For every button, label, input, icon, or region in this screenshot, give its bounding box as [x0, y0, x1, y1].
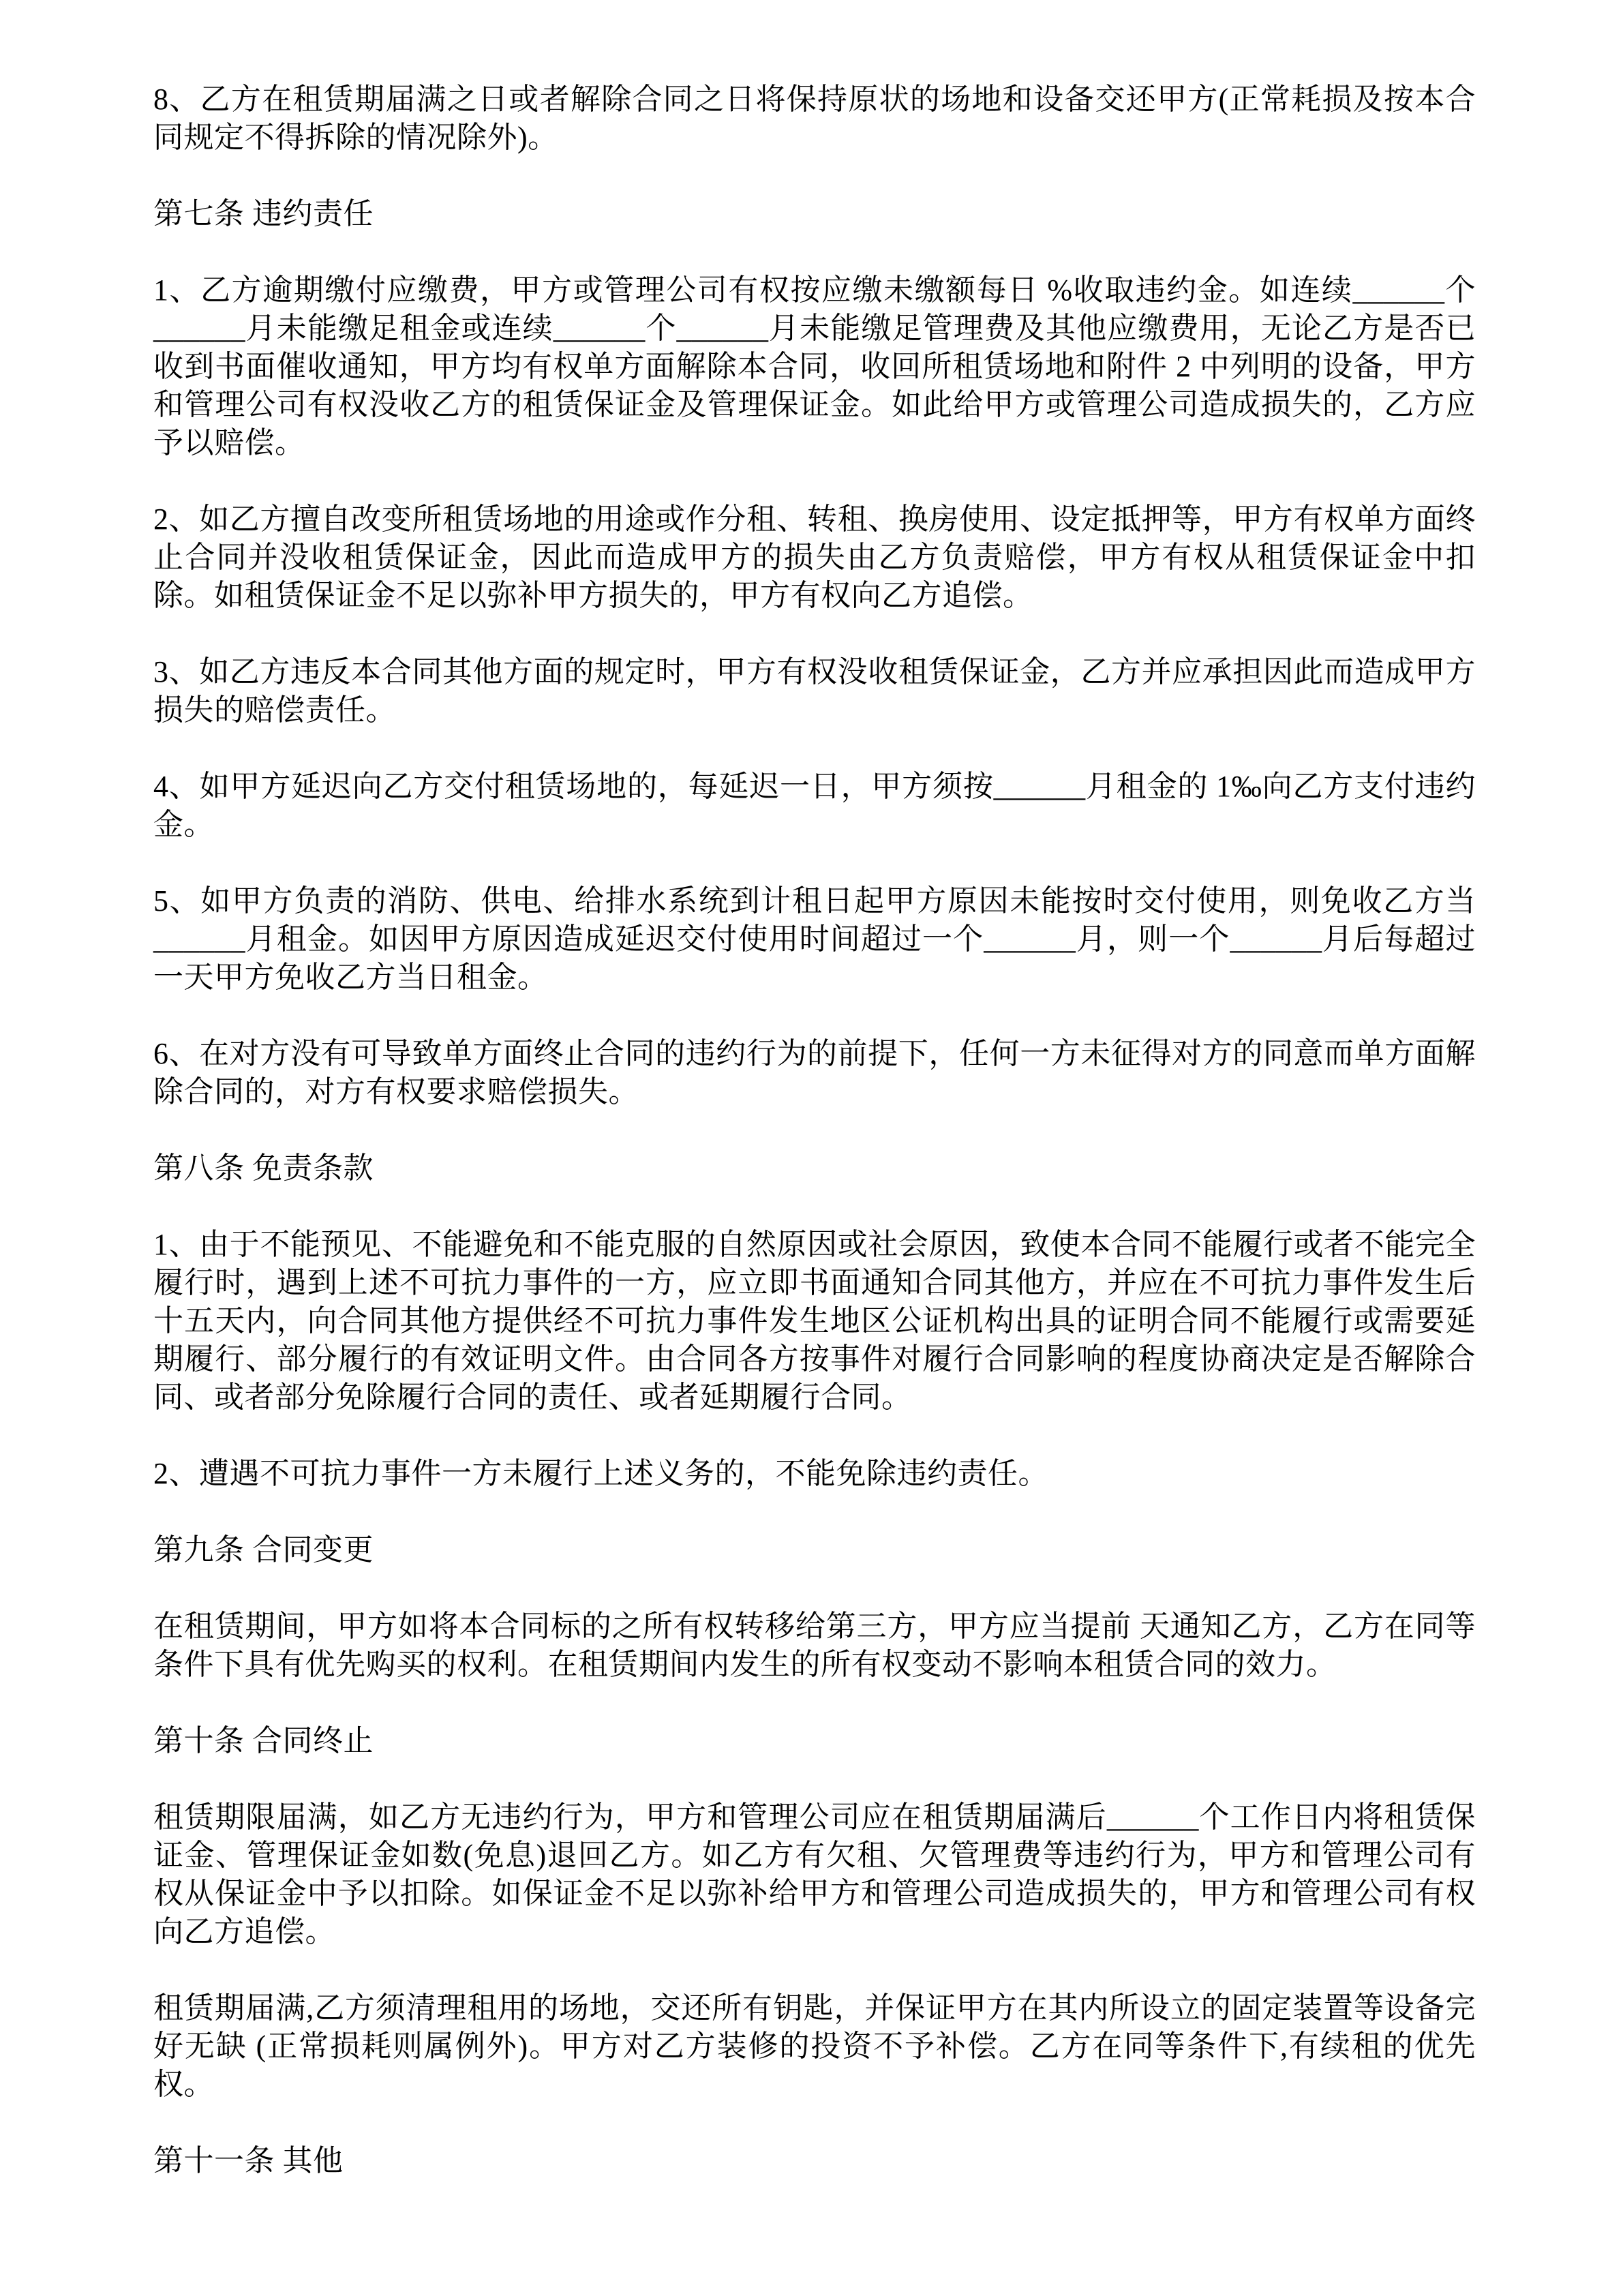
- clause-8-1-force-majeure: 1、由于不能预见、不能避免和不能克服的自然原因或社会原因，致使本合同不能履行或者…: [153, 1226, 1476, 1417]
- clause-7-3-other-violations: 3、如乙方违反本合同其他方面的规定时，甲方有权没收租赁保证金，乙方并应承担因此而…: [153, 653, 1476, 729]
- clause-7-1-late-payment: 1、乙方逾期缴付应缴费，甲方或管理公司有权按应缴未缴额每日 %收取违约金。如连续…: [153, 271, 1476, 462]
- article-10-site-cleanup: 租赁期届满,乙方须清理租用的场地，交还所有钥匙，并保证甲方在其内所设立的固定装置…: [153, 1989, 1476, 2104]
- contract-body: 8、乙方在租赁期届满之日或者解除合同之日将保持原状的场地和设备交还甲方(正常耗损…: [153, 80, 1476, 2218]
- clause-6-8-return-premises: 8、乙方在租赁期届满之日或者解除合同之日将保持原状的场地和设备交还甲方(正常耗损…: [153, 80, 1476, 157]
- heading-article-8-exemption: 第八条 免责条款: [153, 1149, 1476, 1188]
- clause-7-5-utilities-delay: 5、如甲方负责的消防、供电、给排水系统到计租日起甲方原因未能按时交付使用，则免收…: [153, 882, 1476, 997]
- article-9-ownership-transfer: 在租赁期间，甲方如将本合同标的之所有权转移给第三方，甲方应当提前 天通知乙方，乙…: [153, 1607, 1476, 1684]
- heading-article-11-misc: 第十一条 其他: [153, 2142, 1476, 2180]
- clause-7-6-unilateral-rescind: 6、在对方没有可导致单方面终止合同的违约行为的前提下，任何一方未征得对方的同意而…: [153, 1035, 1476, 1111]
- clause-7-4-delayed-delivery: 4、如甲方延迟向乙方交付租赁场地的，每延迟一日，甲方须按______月租金的 1…: [153, 768, 1476, 844]
- clause-7-2-unauthorized-use: 2、如乙方擅自改变所租赁场地的用途或作分租、转租、换房使用、设定抵押等，甲方有权…: [153, 500, 1476, 615]
- article-10-deposit-refund: 租赁期限届满，如乙方无违约行为，甲方和管理公司应在租赁期届满后______个工作…: [153, 1798, 1476, 1951]
- heading-article-10-termination: 第十条 合同终止: [153, 1722, 1476, 1760]
- contract-page: 8、乙方在租赁期届满之日或者解除合同之日将保持原状的场地和设备交还甲方(正常耗损…: [0, 0, 1623, 2296]
- heading-article-9-change: 第九条 合同变更: [153, 1531, 1476, 1569]
- clause-8-2-obligation-notice: 2、遭遇不可抗力事件一方未履行上述义务的，不能免除违约责任。: [153, 1455, 1476, 1493]
- heading-article-7-breach: 第七条 违约责任: [153, 195, 1476, 233]
